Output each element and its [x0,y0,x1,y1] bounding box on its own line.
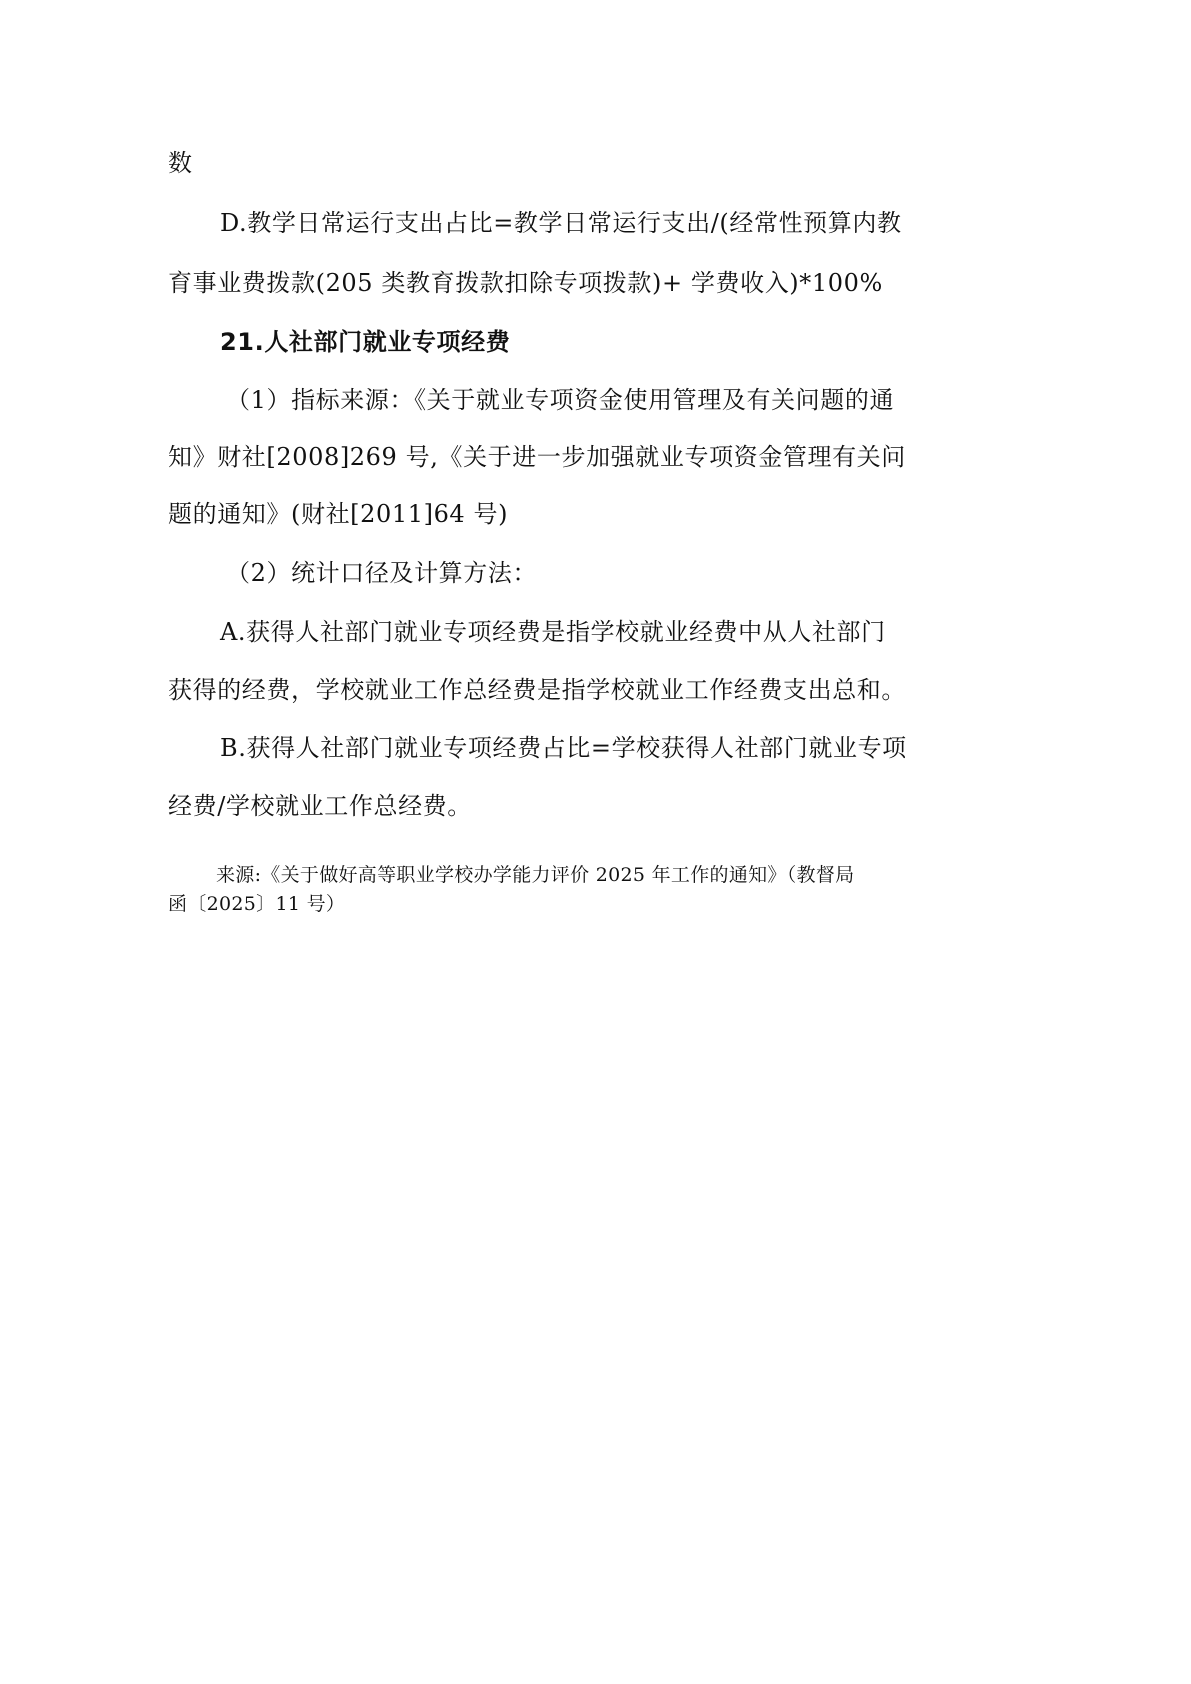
item-a-line-2: 获得的经费，学校就业工作总经费是指学校就业工作经费支出总和。 [168,675,906,705]
footnote-line-1: 来源:《关于做好高等职业学校办学能力评价 2025 年工作的通知》（教督局 [216,862,854,888]
section-heading: 21.人社部门就业专项经费 [220,327,510,357]
method-heading: （2）统计口径及计算方法： [226,558,537,588]
item-d-line-2: 育事业费拨款(205 类教育拨款扣除专项拨款)+ 学费收入)*100% [168,268,883,298]
item-b-line-2: 经费/学校就业工作总经费。 [168,791,472,821]
item-b-line-1: B.获得人社部门就业专项经费占比=学校获得人社部门就业专项 [220,733,907,763]
footnote-line-2: 函〔2025〕11 号） [168,891,345,917]
source-line-2: 知》财社[2008]269 号,《关于进一步加强就业专项资金管理有关问 [168,442,906,472]
item-d-line-1: D.教学日常运行支出占比=教学日常运行支出/(经常性预算内教 [220,208,902,238]
continuation-text: 数 [168,148,193,178]
source-line-1: （1）指标来源：《关于就业专项资金使用管理及有关问题的通 [226,385,894,415]
source-line-3: 题的通知》(财社[2011]64 号) [168,499,508,529]
item-a-line-1: A.获得人社部门就业专项经费是指学校就业经费中从人社部门 [220,617,886,647]
